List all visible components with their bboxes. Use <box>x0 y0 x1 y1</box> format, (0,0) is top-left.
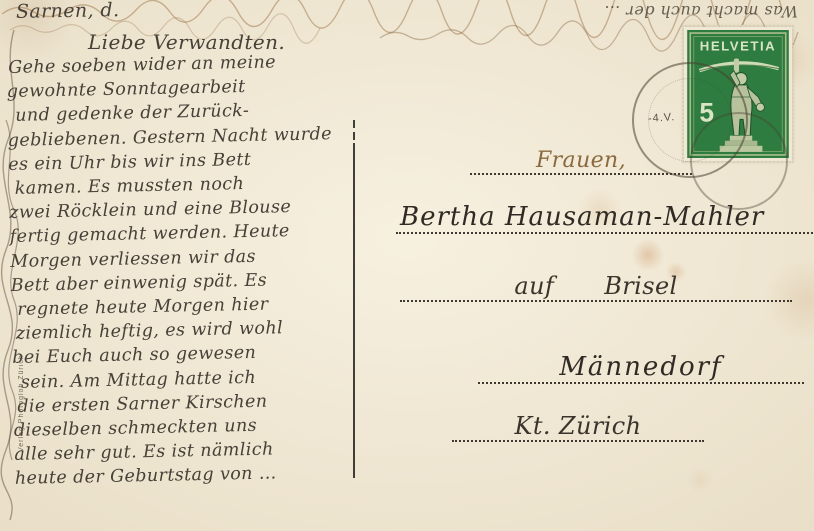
flipped-message-fragment: Was macht auch der … <box>604 2 798 21</box>
message-body: Gehe soeben wider an meine gewohnte Sonn… <box>6 48 417 492</box>
stamp-country-label: HELVETIA <box>700 38 776 53</box>
address-town: Männedorf <box>478 352 804 384</box>
dateline: Sarnen, d. <box>16 0 120 23</box>
postage-stamp: HELVETIA 5 <box>684 27 792 161</box>
address-street: auf Brisel <box>400 272 792 302</box>
address-recipient-title: Frauen, <box>470 148 692 175</box>
postcard-back: Was macht auch der … Sarnen, d. Liebe Ve… <box>0 0 814 531</box>
divider-line <box>353 120 355 478</box>
stamp-artwork: HELVETIA 5 <box>687 30 789 158</box>
address-recipient-name: Bertha Hausaman-Mahler <box>396 202 814 234</box>
stamp-value: 5 <box>699 97 714 127</box>
address-canton: Kt. Zürich <box>452 412 704 442</box>
publisher-imprint: Verlag Photoglob Zürich <box>18 312 25 452</box>
postmark-date: -4.V. <box>648 111 676 125</box>
